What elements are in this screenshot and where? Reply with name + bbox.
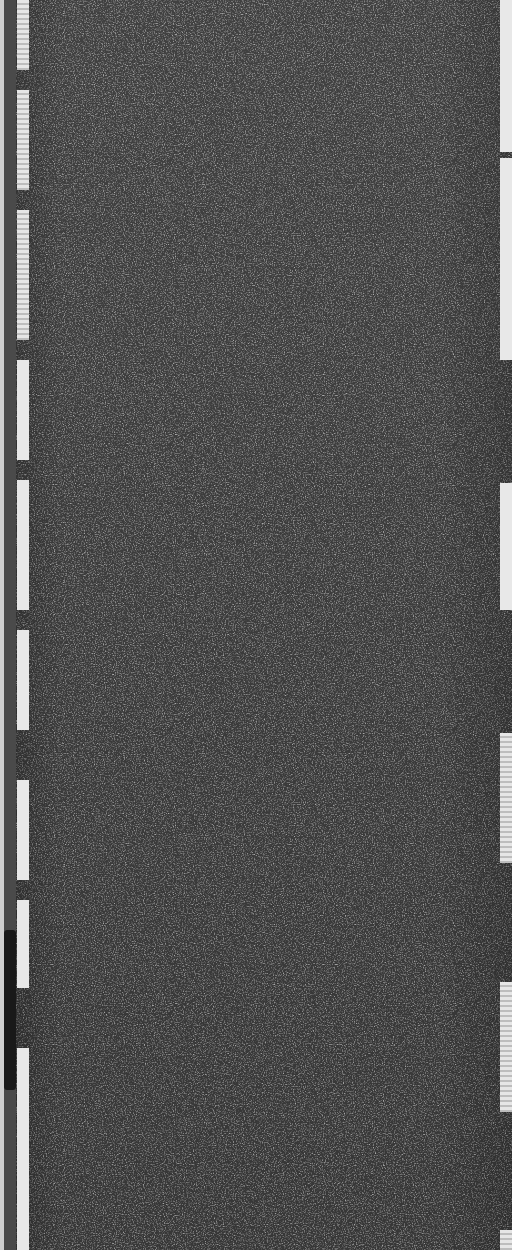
left-lane-dash: [17, 90, 29, 190]
left-lane-dash: [17, 780, 29, 880]
left-lane-line: [17, 1048, 29, 1250]
right-lane-dash: [500, 982, 512, 1112]
dark-stain: [4, 930, 16, 1090]
road-image: Top-down view of an asphalt road surface…: [0, 0, 512, 1250]
right-lane-dash: [500, 733, 512, 863]
right-lane-dash: [500, 158, 512, 360]
shading-overlay: [0, 0, 512, 1250]
right-lane-dash: [500, 1230, 512, 1250]
left-lane-dash: [17, 210, 29, 340]
left-lane-dash: [17, 900, 29, 988]
right-lane-dash: [500, 483, 512, 610]
left-lane-dash: [17, 630, 29, 730]
left-lane-dash: [17, 0, 29, 70]
left-lane-dash: [17, 480, 29, 610]
right-lane-dash: [500, 0, 512, 152]
left-lane-dash: [17, 360, 29, 460]
